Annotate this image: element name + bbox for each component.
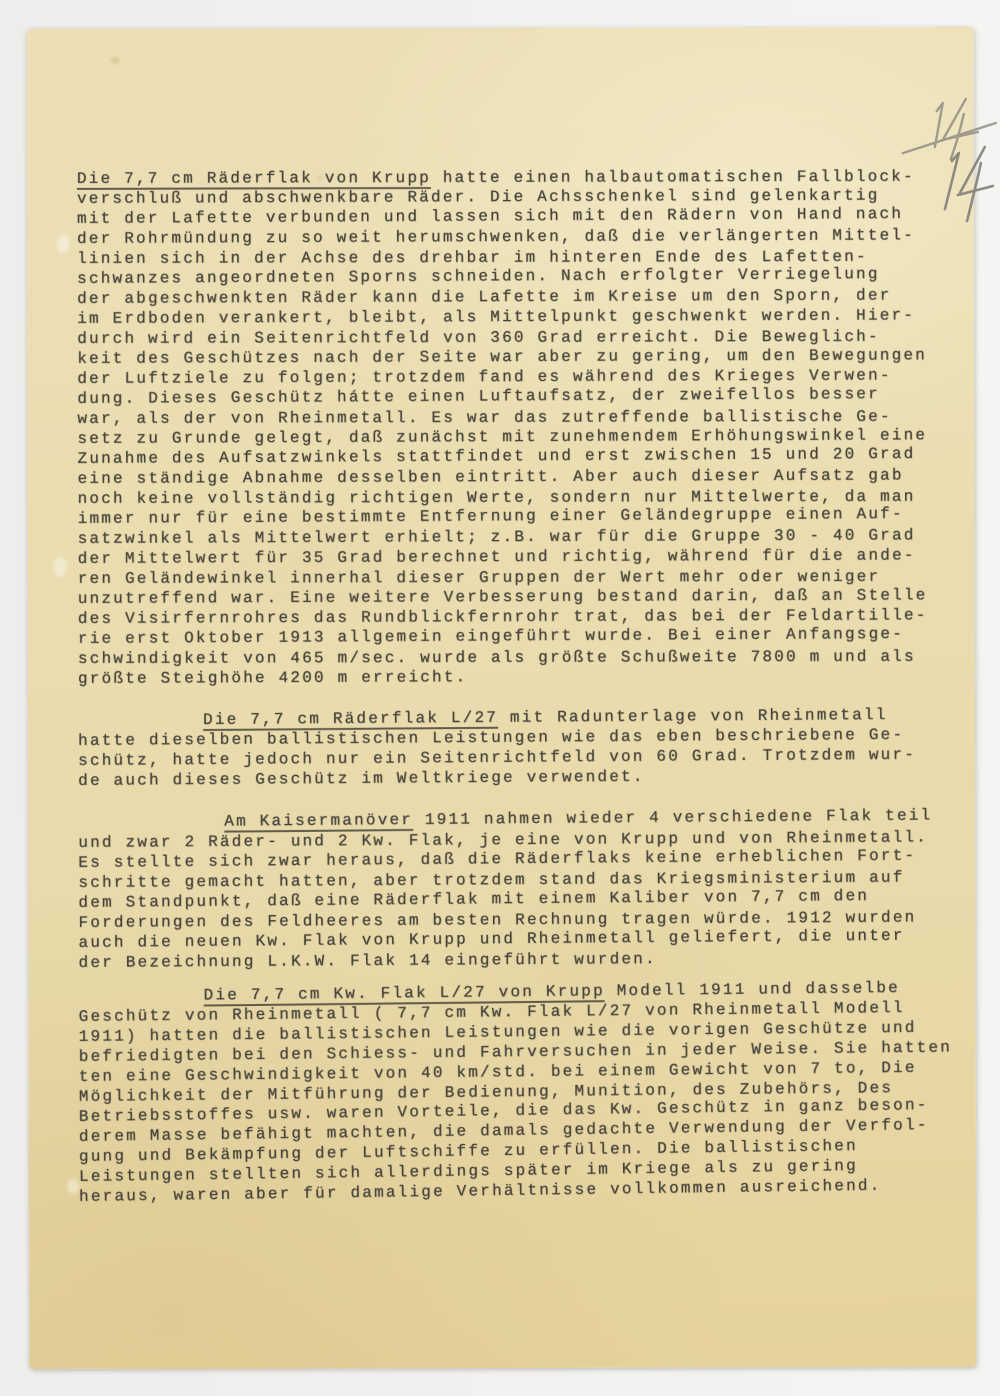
paper-fleck <box>111 57 120 64</box>
paper-edge-chip <box>67 1179 79 1194</box>
typewritten-text: Die 7,7 cm Räderflak von Krupp hatte ein… <box>77 167 959 1207</box>
heading-underlined: Am Kaisermanöver <box>224 811 413 833</box>
heading-rest: mit Radunterlage von Rheinmetall <box>498 706 888 727</box>
paragraph-kaisermanoever-1911: Am Kaisermanöver 1911 nahmen wieder 4 ve… <box>78 811 958 973</box>
paper-edge-chip <box>54 557 67 577</box>
text-line: größte Steighöhe 4200 m erreicht. <box>78 665 958 689</box>
scanned-page-root: { "page": { "kind": "typewritten archiva… <box>0 0 1000 1396</box>
paragraph-raederflak-l27: Die 7,7 cm Räderflak L/27 mit Radunterla… <box>78 709 958 791</box>
text-line: der Mittelwert für 35 Grad berechnet und… <box>78 545 958 569</box>
heading-rest: Modell 1911 und dasselbe <box>605 979 900 1000</box>
text-line: dung. Dieses Geschütz hátte einen Luftau… <box>77 384 957 409</box>
text-line: im Erdboden verankert, bleibt, als Mitte… <box>77 305 957 329</box>
text-line: rie erst Oktober 1913 allgemein eingefüh… <box>78 624 958 649</box>
paragraph-kw-flak-l27: Die 7,7 cm Kw. Flak L/27 von Krupp Model… <box>79 985 959 1207</box>
paragraph-raederflak-krupp: Die 7,7 cm Räderflak von Krupp hatte ein… <box>77 167 958 689</box>
heading-rest: 1911 nahmen wieder 4 verschiedene Flak t… <box>413 806 932 829</box>
document-paper-sheet: Die 7,7 cm Räderflak von Krupp hatte ein… <box>27 27 977 1369</box>
paper-edge-chip <box>57 235 69 253</box>
text-line: der Rohrmündung zu so weit herumschwenke… <box>77 225 957 249</box>
heading-rest: hatte einen halbautomatischen Fallblock- <box>431 168 915 187</box>
text-line: der Bezeichnung L.K.W. Flak 14 eingeführ… <box>78 947 958 973</box>
text-line: eine ständige Abnahme desselben eintritt… <box>77 465 957 489</box>
